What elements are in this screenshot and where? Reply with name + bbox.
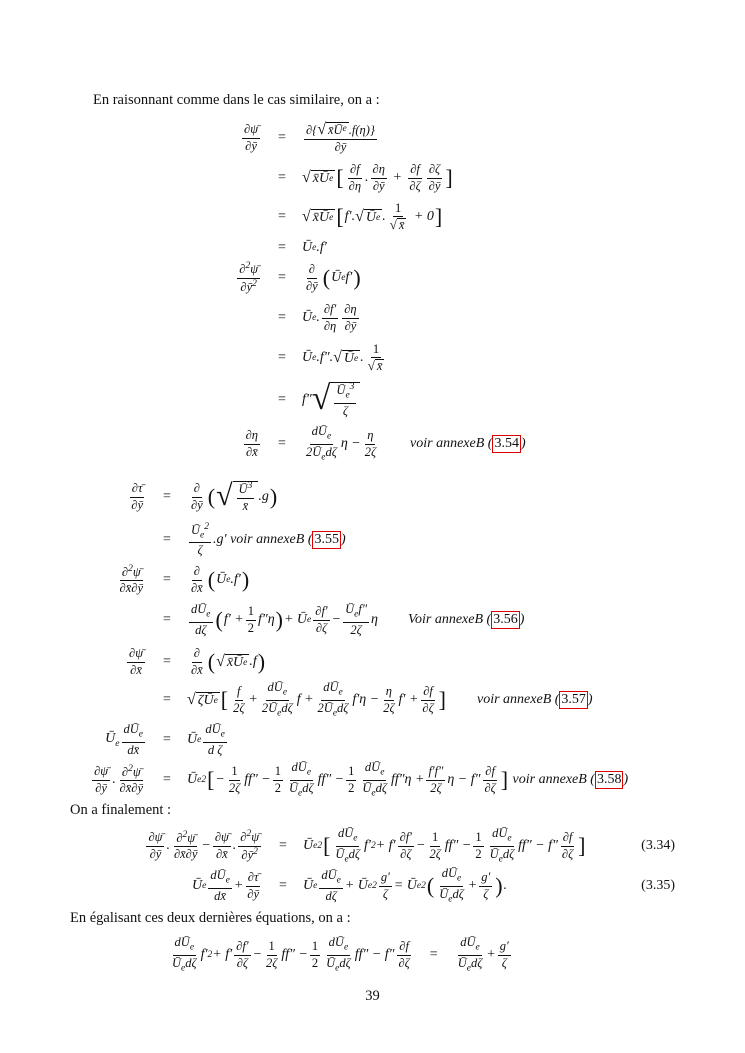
annex-note: voir annexeB [230, 532, 304, 548]
equation-row: = Ūe.f″.√Ūe.1√x̄ [200, 338, 388, 378]
intro-paragraph: En raisonnant comme dans le cas similair… [93, 92, 380, 109]
equation-row: ∂η∂x̄ = dŪe2Ūedζη − η2ζ voir annexeB (3.… [200, 424, 526, 464]
equation-row: ŪedŪedx̄ = ŪedŪed ζ [85, 720, 229, 760]
equation-ref-link[interactable]: 3.56 [491, 611, 520, 629]
final-paragraph: On a finalement : [70, 802, 171, 819]
annex-note: voir annexeB [477, 692, 551, 708]
numbered-equation: ∂ψ̄∂ȳ.∂2ψ̄∂x̄∂ȳ − ∂ψ̄∂x̄.∂2ψ̄∂ȳ2 = Ūe2[d… [113, 826, 713, 866]
equals-sign: = [262, 130, 302, 146]
equation-row: = Ūe.f′ [200, 238, 327, 258]
equation-number: (3.35) [641, 878, 675, 894]
equation-row: = √ζŪe[ f2ζ + dŪe2Ūedζf + dŪe2Ūedζf′η − … [85, 680, 593, 720]
page-number: 39 [0, 988, 745, 1005]
equation-ref-link[interactable]: 3.58 [595, 771, 624, 789]
equation-number: (3.34) [641, 838, 675, 854]
equation-row: ∂ψ̄∂x̄ = ∂∂x̄(√x̄Ūe.f) [85, 642, 266, 682]
equation-row: = dŪedζ(f′ + 12f″η) + Ūe∂f′∂ζ − Ūef″2ζη … [85, 600, 524, 640]
equation-rhs: ∂{√x̄Ūe.f(η)}∂ȳ [302, 122, 379, 154]
annex-note: Voir annexeB [408, 612, 483, 628]
equation-row: ∂2ψ̄∂x̄∂ȳ = ∂∂x̄(Ūe.f′) [85, 560, 250, 600]
equation-lhs: ∂ψ̄∂ȳ [200, 123, 262, 152]
equation-row: = √x̄Ūe [ ∂f∂η. ∂η∂ȳ + ∂f∂ζ ∂ζ∂ȳ ] [200, 160, 454, 196]
equation-ref-link[interactable]: 3.54 [492, 435, 521, 453]
equation-row: ∂ψ̄∂ȳ.∂2ψ̄∂x̄∂ȳ = Ūe2[ − 12ζff″ − 12dŪeŪ… [70, 760, 628, 800]
annex-note: voir annexeB [513, 772, 587, 788]
numbered-equation: ŪedŪedx̄ + ∂τ̄∂ȳ = ŪedŪedζ + Ūe2g′ζ = Ūe… [113, 866, 507, 906]
equation-row: dŪeŪedζf′2 + f′∂f′∂ζ − 12ζff″ − 12dŪeŪed… [168, 934, 513, 976]
equation-row: ∂τ̄∂ȳ = ∂∂ȳ(√Ū3x̄.g) [85, 474, 278, 520]
equation-row: ∂2ψ̄∂ȳ2 = ∂∂ȳ(Ūef′) [200, 258, 362, 298]
annex-note: voir annexeB [410, 436, 484, 452]
equation-row: = Ūe2ζ.g′ voir annexeB (3.55) [85, 520, 346, 560]
document-page: En raisonnant comme dans le cas similair… [0, 0, 745, 1053]
equation-row: = √x̄Ūe [f′.√Ūe. 1√x̄ + 0] [200, 198, 443, 236]
equation-row: ∂ψ̄∂ȳ = ∂{√x̄Ūe.f(η)}∂ȳ [200, 116, 379, 160]
equation-ref-link[interactable]: 3.55 [312, 531, 341, 549]
equation-row: = Ūe.∂f′∂η∂η∂ȳ [200, 298, 361, 338]
equation-ref-link[interactable]: 3.57 [559, 691, 588, 709]
equation-row: = f″√Ūe3ζ [200, 376, 360, 424]
equalize-paragraph: En égalisant ces deux dernières équation… [70, 910, 351, 927]
